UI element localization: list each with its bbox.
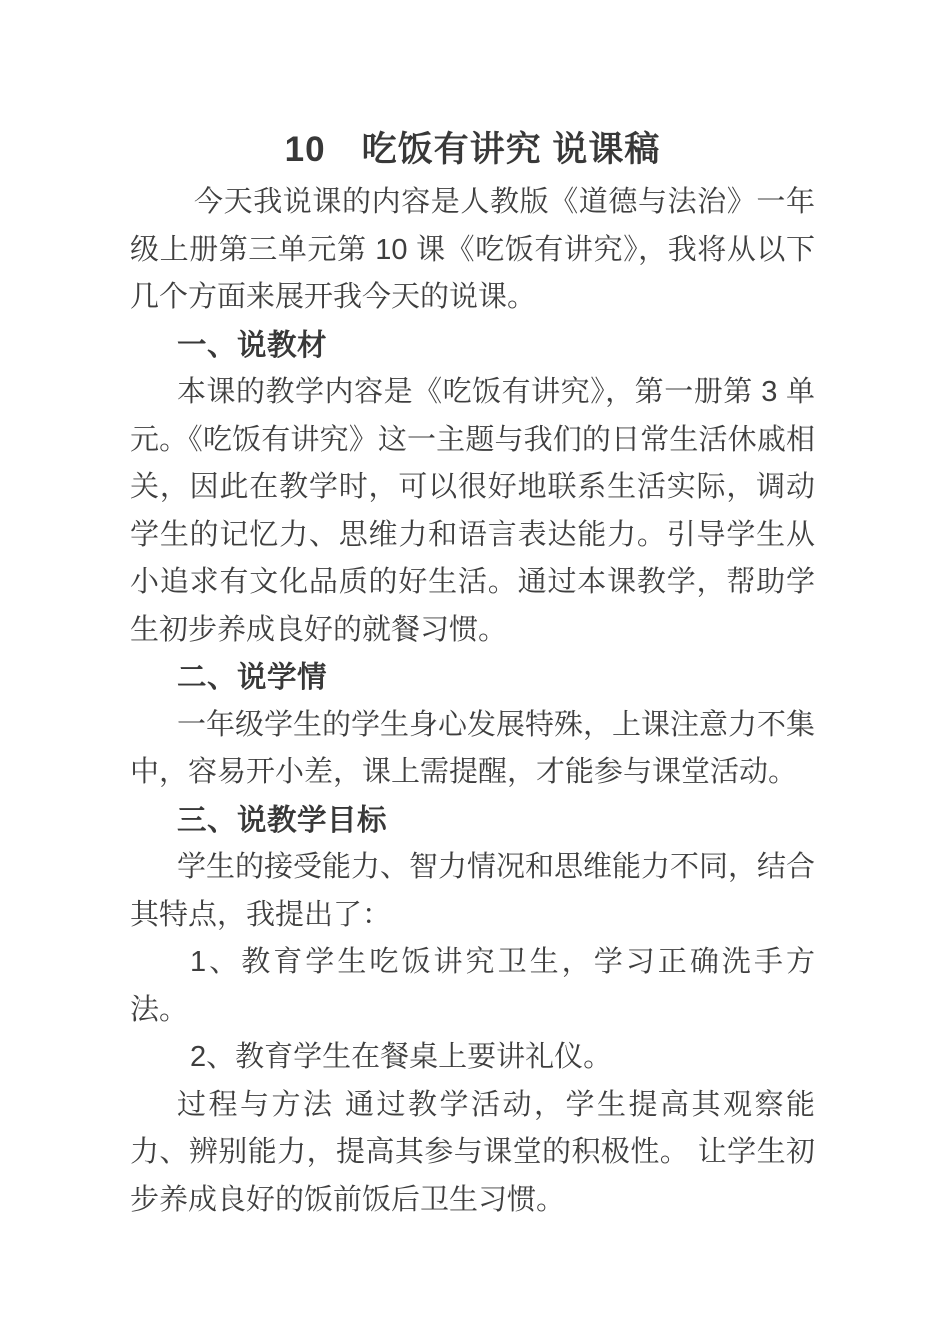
paragraph-intro: 今天我说课的内容是人教版《道德与法治》一年级上册第三单元第 10 课《吃饭有讲究…	[130, 179, 815, 322]
section-heading-teaching-material: 一、说教材	[130, 322, 815, 370]
section-heading-teaching-goals: 三、说教学目标	[130, 797, 815, 845]
list-item-goal-2: 2、教育学生在餐桌上要讲礼仪。	[130, 1034, 815, 1082]
paragraph-teaching-material: 本课的教学内容是《吃饭有讲究》，第一册第 3 单元。《吃饭有讲究》这一主题与我们…	[130, 369, 815, 654]
list-item-goal-1: 1、教育学生吃饭讲究卫生，学习正确洗手方法。	[130, 939, 815, 1034]
paragraph-process-method: 过程与方法 通过教学活动，学生提高其观察能力、辨别能力，提高其参与课堂的积极性。…	[130, 1082, 815, 1225]
paragraph-learner-analysis: 一年级学生的学生身心发展特殊，上课注意力不集中，容易开小差，课上需提醒，才能参与…	[130, 702, 815, 797]
paragraph-teaching-goals: 学生的接受能力、智力情况和思维能力不同，结合其特点，我提出了：	[130, 844, 815, 939]
document-title: 10 吃饭有讲究 说课稿	[130, 126, 815, 173]
section-heading-learner-analysis: 二、说学情	[130, 654, 815, 702]
document-page: 10 吃饭有讲究 说课稿 今天我说课的内容是人教版《道德与法治》一年级上册第三单…	[0, 0, 950, 1344]
